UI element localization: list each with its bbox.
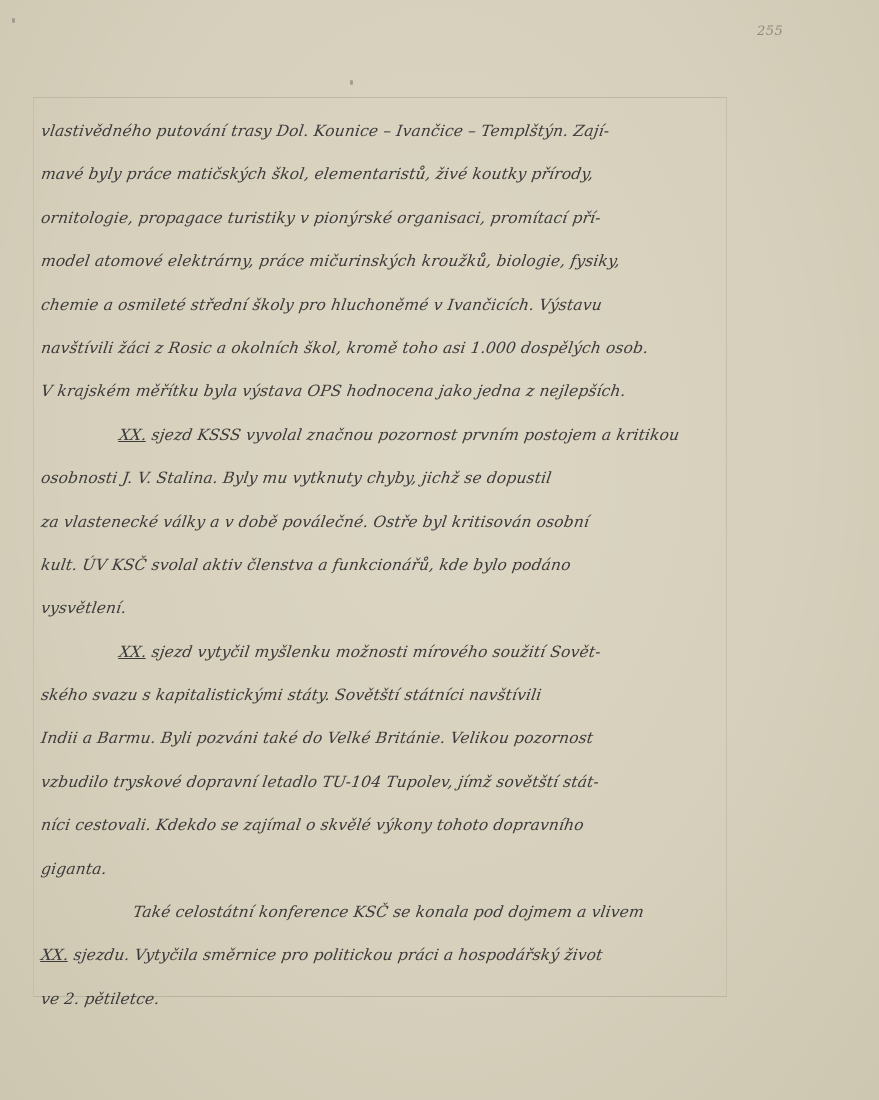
- paper-speck: [12, 18, 15, 23]
- line-text: navštívili žáci z Rosic a okolních škol,…: [40, 339, 650, 357]
- line-text: ornitologie, propagace turistiky v pioný…: [40, 209, 602, 227]
- line-text: kult. ÚV KSČ svolal aktiv členstva a fun…: [40, 556, 572, 574]
- congress-numeral: XX.: [118, 426, 148, 444]
- congress-numeral: XX.: [118, 643, 148, 661]
- line-text: model atomové elektrárny, práce mičurins…: [40, 252, 621, 270]
- line-text: sjezdu. Vytyčila směrnice pro politickou…: [67, 946, 604, 964]
- handwritten-line: ve 2. pětiletce.: [38, 978, 734, 1021]
- handwritten-line: Indii a Barmu. Byli pozváni také do Velk…: [38, 717, 734, 760]
- handwritten-line: ornitologie, propagace turistiky v pioný…: [38, 197, 734, 240]
- handwritten-line: giganta.: [38, 848, 734, 891]
- handwritten-line: XX. sjezdu. Vytyčila směrnice pro politi…: [38, 934, 734, 977]
- line-text: Také celostátní konference KSČ se konala…: [132, 903, 645, 921]
- handwritten-line: vysvětlení.: [38, 587, 734, 630]
- handwritten-line: vzbudilo tryskové dopravní letadlo TU-10…: [38, 761, 734, 804]
- line-text: za vlastenecké války a v době poválečné.…: [40, 513, 591, 531]
- line-text: osobnosti J. V. Stalina. Byly mu vytknut…: [40, 469, 553, 487]
- handwritten-line: model atomové elektrárny, práce mičurins…: [38, 240, 734, 283]
- line-text: sjezd KSSS vyvolal značnou pozornost prv…: [145, 426, 680, 444]
- handwritten-line: navštívili žáci z Rosic a okolních škol,…: [38, 327, 734, 370]
- handwritten-line: vlastivědného putování trasy Dol. Kounic…: [38, 110, 734, 153]
- handwritten-line: osobnosti J. V. Stalina. Byly mu vytknut…: [38, 457, 734, 500]
- line-text: vzbudilo tryskové dopravní letadlo TU-10…: [40, 773, 600, 791]
- line-text: chemie a osmileté střední školy pro hluc…: [40, 296, 603, 314]
- handwritten-line: níci cestovali. Kdekdo se zajímal o skvě…: [38, 804, 734, 847]
- handwritten-line: za vlastenecké války a v době poválečné.…: [38, 501, 734, 544]
- line-text: V krajském měřítku byla výstava OPS hodn…: [40, 382, 627, 400]
- handwritten-text-block: vlastivědného putování trasy Dol. Kounic…: [38, 110, 728, 1021]
- line-text: sjezd vytyčil myšlenku možnosti mírového…: [145, 643, 602, 661]
- line-text: ve 2. pětiletce.: [40, 990, 161, 1008]
- line-text: mavé byly práce matičských škol, element…: [40, 165, 595, 183]
- handwritten-line: Také celostátní konference KSČ se konala…: [38, 891, 734, 934]
- line-text: ského svazu s kapitalistickými státy. So…: [40, 686, 543, 704]
- handwritten-line: ského svazu s kapitalistickými státy. So…: [38, 674, 734, 717]
- congress-numeral: XX.: [40, 946, 70, 964]
- line-text: Indii a Barmu. Byli pozváni také do Velk…: [40, 729, 595, 747]
- line-text: vysvětlení.: [40, 599, 128, 617]
- handwritten-line: chemie a osmileté střední školy pro hluc…: [38, 284, 734, 327]
- line-text: níci cestovali. Kdekdo se zajímal o skvě…: [40, 816, 585, 834]
- handwritten-line: XX. sjezd vytyčil myšlenku možnosti míro…: [38, 631, 734, 674]
- page-number: 255: [757, 24, 783, 39]
- handwritten-line: XX. sjezd KSSS vyvolal značnou pozornost…: [38, 414, 734, 457]
- handwritten-line: mavé byly práce matičských škol, element…: [38, 153, 734, 196]
- paper-speck: [350, 80, 353, 85]
- handwritten-line: kult. ÚV KSČ svolal aktiv členstva a fun…: [38, 544, 734, 587]
- line-text: vlastivědného putování trasy Dol. Kounic…: [40, 122, 611, 140]
- line-text: giganta.: [40, 860, 108, 878]
- handwritten-line: V krajském měřítku byla výstava OPS hodn…: [38, 370, 734, 413]
